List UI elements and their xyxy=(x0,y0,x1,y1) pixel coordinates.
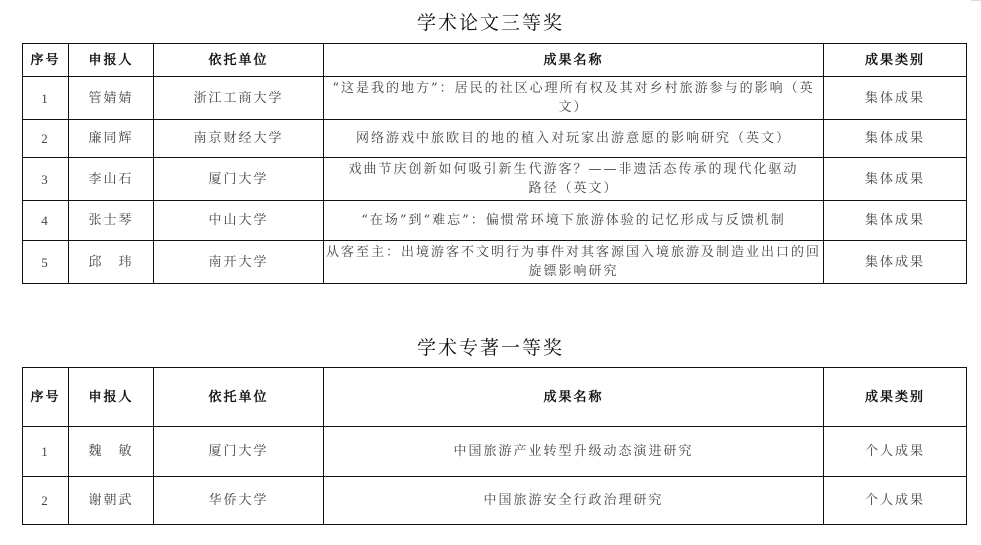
table-header-row: 序号 申报人 依托单位 成果名称 成果类别 xyxy=(23,44,967,77)
corner-mark xyxy=(971,0,981,1)
table-row: 2 谢朝武 华侨大学 中国旅游安全行政治理研究 个人成果 xyxy=(23,477,967,525)
header-no: 序号 xyxy=(23,44,69,77)
table-row: 3 李山石 厦门大学 戏曲节庆创新如何吸引新生代游客？——非遗活态传承的现代化驱… xyxy=(23,158,967,201)
cell-achievement: 从客至主：出境游客不文明行为事件对其客源国入境旅游及制造业出口的回旋镖影响研究 xyxy=(324,241,824,284)
cell-category: 集体成果 xyxy=(824,158,967,201)
cell-applicant: 管婧婧 xyxy=(69,77,154,120)
cell-category: 集体成果 xyxy=(824,201,967,241)
header-applicant: 申报人 xyxy=(69,368,154,427)
header-unit: 依托单位 xyxy=(154,368,324,427)
cell-no: 5 xyxy=(23,241,69,284)
cell-unit: 浙江工商大学 xyxy=(154,77,324,120)
cell-applicant: 谢朝武 xyxy=(69,477,154,525)
cell-category: 个人成果 xyxy=(824,427,967,477)
cell-applicant: 廉同辉 xyxy=(69,120,154,158)
header-achievement: 成果名称 xyxy=(324,368,824,427)
table-header-row: 序号 申报人 依托单位 成果名称 成果类别 xyxy=(23,368,967,427)
monograph-first-prize-table: 序号 申报人 依托单位 成果名称 成果类别 1 魏 敏 厦门大学 中国旅游产业转… xyxy=(22,367,967,525)
cell-achievement: “在场”到“难忘”：偏惯常环境下旅游体验的记忆形成与反馈机制 xyxy=(324,201,824,241)
cell-category: 集体成果 xyxy=(824,77,967,120)
cell-category: 个人成果 xyxy=(824,477,967,525)
table-row: 1 魏 敏 厦门大学 中国旅游产业转型升级动态演进研究 个人成果 xyxy=(23,427,967,477)
section-title-monograph-first-prize: 学术专著一等奖 xyxy=(0,333,981,360)
cell-unit: 南开大学 xyxy=(154,241,324,284)
cell-unit: 厦门大学 xyxy=(154,158,324,201)
table-row: 1 管婧婧 浙江工商大学 “这是我的地方”：居民的社区心理所有权及其对乡村旅游参… xyxy=(23,77,967,120)
cell-category: 集体成果 xyxy=(824,241,967,284)
cell-achievement: “这是我的地方”：居民的社区心理所有权及其对乡村旅游参与的影响（英文） xyxy=(324,77,824,120)
cell-achievement: 中国旅游产业转型升级动态演进研究 xyxy=(324,427,824,477)
cell-no: 4 xyxy=(23,201,69,241)
cell-no: 1 xyxy=(23,77,69,120)
cell-no: 1 xyxy=(23,427,69,477)
cell-no: 3 xyxy=(23,158,69,201)
cell-no: 2 xyxy=(23,477,69,525)
cell-category: 集体成果 xyxy=(824,120,967,158)
header-category: 成果类别 xyxy=(824,368,967,427)
cell-unit: 厦门大学 xyxy=(154,427,324,477)
cell-applicant: 魏 敏 xyxy=(69,427,154,477)
header-unit: 依托单位 xyxy=(154,44,324,77)
cell-unit: 南京财经大学 xyxy=(154,120,324,158)
cell-no: 2 xyxy=(23,120,69,158)
header-achievement: 成果名称 xyxy=(324,44,824,77)
cell-achievement: 中国旅游安全行政治理研究 xyxy=(324,477,824,525)
cell-achievement: 网络游戏中旅欧目的地的植入对玩家出游意愿的影响研究（英文） xyxy=(324,120,824,158)
paper-third-prize-table: 序号 申报人 依托单位 成果名称 成果类别 1 管婧婧 浙江工商大学 “这是我的… xyxy=(22,43,967,284)
header-applicant: 申报人 xyxy=(69,44,154,77)
cell-achievement: 戏曲节庆创新如何吸引新生代游客？——非遗活态传承的现代化驱动路径（英文） xyxy=(324,158,824,201)
cell-applicant: 张士琴 xyxy=(69,201,154,241)
table-row: 5 邱 玮 南开大学 从客至主：出境游客不文明行为事件对其客源国入境旅游及制造业… xyxy=(23,241,967,284)
cell-applicant: 邱 玮 xyxy=(69,241,154,284)
header-no: 序号 xyxy=(23,368,69,427)
table-row: 2 廉同辉 南京财经大学 网络游戏中旅欧目的地的植入对玩家出游意愿的影响研究（英… xyxy=(23,120,967,158)
table-row: 4 张士琴 中山大学 “在场”到“难忘”：偏惯常环境下旅游体验的记忆形成与反馈机… xyxy=(23,201,967,241)
header-category: 成果类别 xyxy=(824,44,967,77)
cell-unit: 中山大学 xyxy=(154,201,324,241)
cell-applicant: 李山石 xyxy=(69,158,154,201)
cell-unit: 华侨大学 xyxy=(154,477,324,525)
section-title-paper-third-prize: 学术论文三等奖 xyxy=(0,8,981,35)
